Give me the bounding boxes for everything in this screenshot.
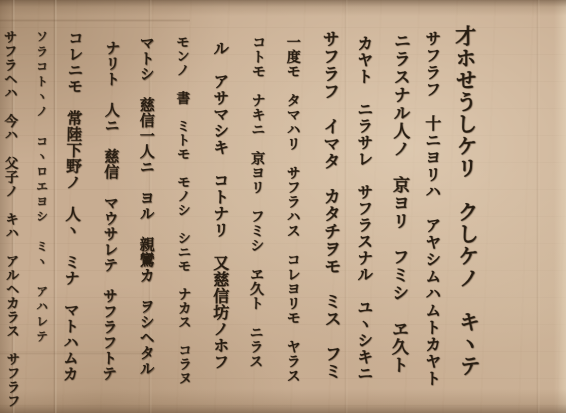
fold-crease-left: [53, 0, 57, 413]
text-column-4: カヤト ニラサレ サフラスナル ユヽシキニ: [355, 35, 372, 387]
text-column-1: 才ホせうしケリ クしケノ キヽテ: [454, 25, 481, 380]
text-column-9: モンノ 書 ミトモ モノシ シニモ ナカス コラヌ: [174, 35, 191, 385]
paper-seam-right: [536, 0, 540, 413]
fold-crease-top-left: [0, 19, 190, 22]
text-column-8: ル アサマシキ コトナリ 又慈信坊ノホフ: [211, 40, 228, 380]
text-column-5: サフラフ イマタ カタチヲモ ミス フミ: [319, 30, 339, 388]
fold-crease-mid-right: [344, 0, 348, 413]
text-column-6: 一度モ タマハリ サフラハス コレヨリモ ヤラス: [285, 35, 300, 387]
text-column-12: コレニモ 常陸下野ノ 人ヽ ミナ マトハムカ: [61, 30, 83, 388]
manuscript-photo: 才ホせうしケリ クしケノ キヽテ サフラフ 十ニヨリハ アヤシムハムトカヤト ニ…: [0, 0, 566, 413]
text-column-7: コトモ ナキニ 京ヨリ フミシ ヱ久ト ニラス: [247, 35, 265, 387]
text-column-2: サフラフ 十ニヨリハ アヤシムハムトカヤト: [423, 30, 440, 388]
text-column-11: ナリト 人ニ 慈信 マウサレテ サフラフトテ: [100, 40, 119, 388]
text-column-3: ニラスナル人ノ 京ヨリ フミシ ヱ久ト: [388, 32, 408, 377]
text-column-13: ソラコトヽノ コヽロエヨシ ミヽ アハレテ: [35, 30, 48, 388]
text-column-14: サフラヘハ 今ハ 父子ノ キハ アルヘカラス サフラフ: [1, 30, 18, 405]
text-column-10: マトシ 慈信一人ニ ヨル 親鸞カ ヲシヘタル: [138, 35, 154, 387]
